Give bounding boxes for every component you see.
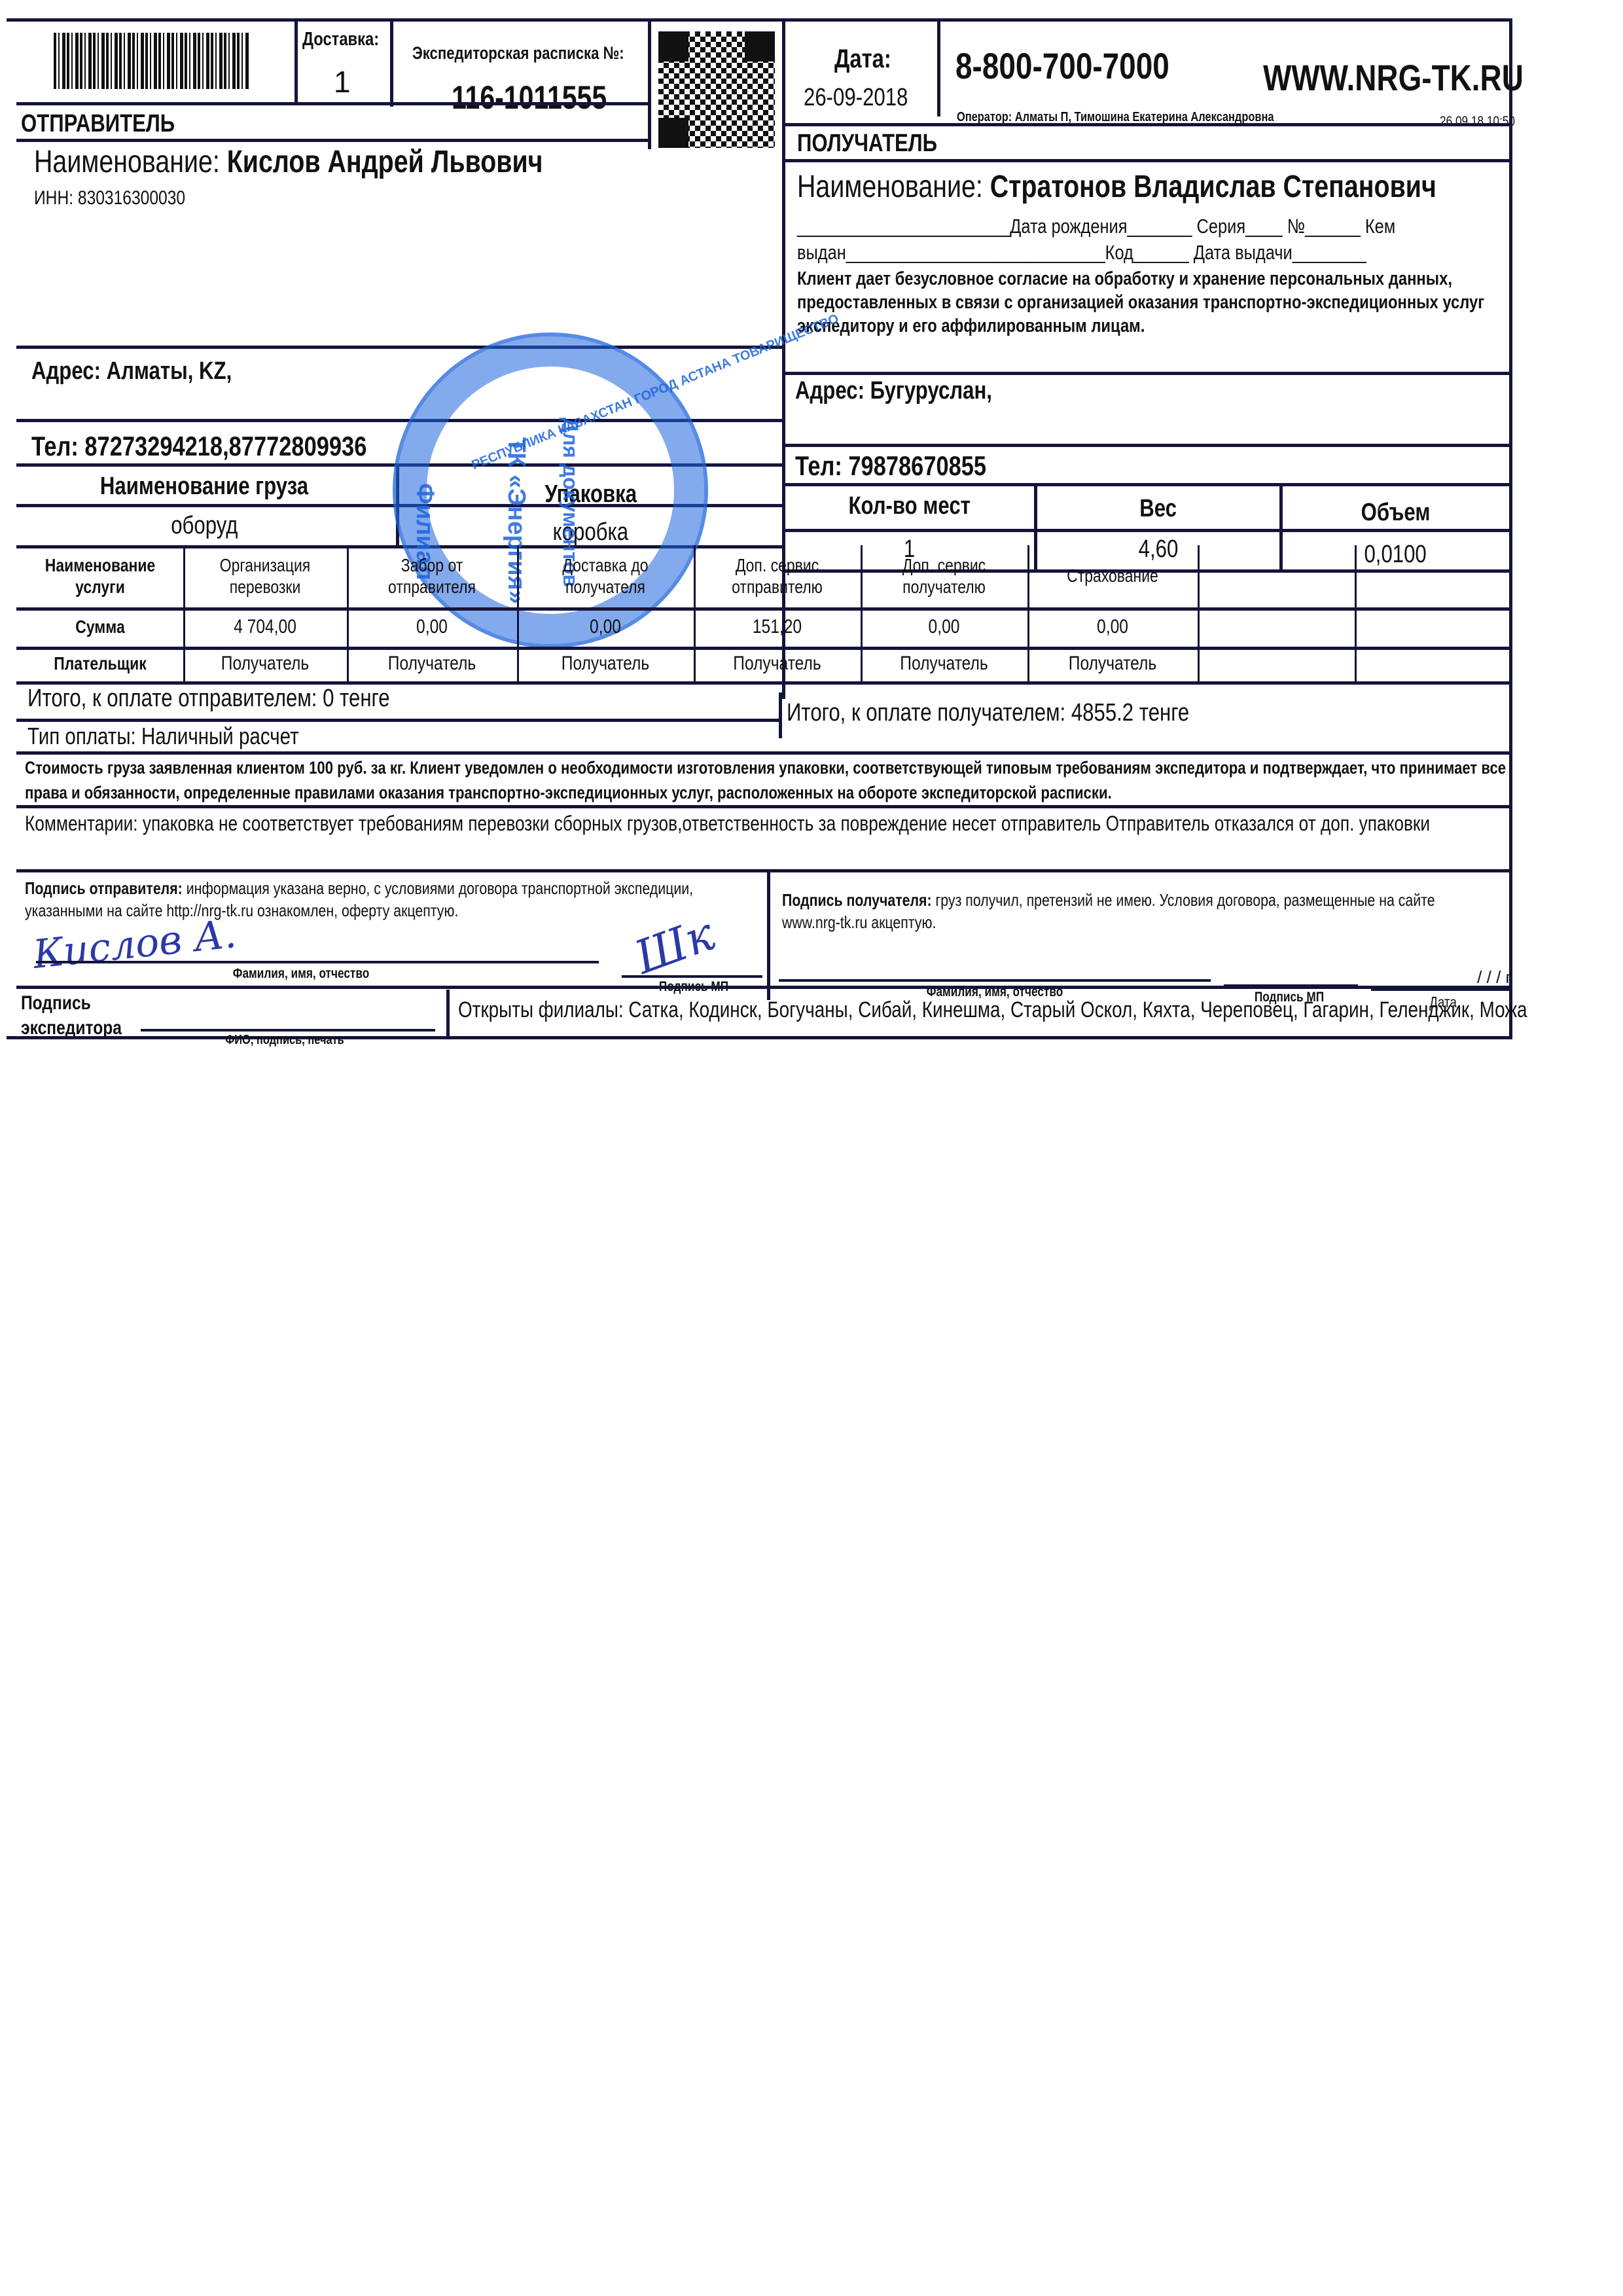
qr-code xyxy=(658,31,775,148)
sender-inn: ИНН: 830316300030 xyxy=(34,187,185,209)
service-amount-cell: 151,20 xyxy=(694,607,861,647)
service-payer-cell: Получатель xyxy=(517,647,694,681)
service-amount-cell: 0,00 xyxy=(517,607,694,647)
receiver-name-row: Наименование: Стратонов Владислав Степан… xyxy=(797,169,1436,205)
receiver-name-label: Наименование: xyxy=(797,170,983,204)
service-row-label: Плательщик xyxy=(16,647,183,681)
places-header: Кол-во мест xyxy=(785,487,1034,526)
branches-list: Открыты филиалы: Сатка, Кодинск, Богучан… xyxy=(458,997,1527,1023)
service-amount-cell: 0,00 xyxy=(861,607,1027,647)
cargo-name-header: Наименование груза xyxy=(16,469,393,505)
service-row-label: Сумма xyxy=(16,607,183,647)
service-row-label: Наименование услуги xyxy=(16,545,183,607)
service-amount-cell xyxy=(1198,607,1355,647)
receiver-phone: Тел: 79878670855 xyxy=(795,450,986,482)
service-name-cell: Организация перевозки xyxy=(183,545,347,607)
delivery-value: 1 xyxy=(334,64,351,99)
forwarder-caption: ФИО, подпись, печать xyxy=(218,1033,352,1048)
receiver-name-value: Стратонов Владислав Степанович xyxy=(990,170,1436,204)
service-name-cell xyxy=(1198,545,1355,607)
service-amount-cell xyxy=(1355,607,1512,647)
service-payer-cell: Получатель xyxy=(1027,647,1198,681)
service-payer-cell xyxy=(1355,647,1512,681)
receiver-id-line-2: выдан____________________________Код____… xyxy=(797,241,1366,264)
service-name-cell: Доп. сервис получателю xyxy=(861,545,1027,607)
company-website[interactable]: WWW.NRG-TK.RU xyxy=(1263,56,1524,99)
receipt-number: 116-1011555 xyxy=(452,79,607,117)
forwarder-label-2: экспедитора xyxy=(21,1017,122,1039)
service-payer-cell: Получатель xyxy=(347,647,517,681)
weight-header: Вес xyxy=(1037,490,1279,529)
receiver-address: Адрес: Бугуруслан, xyxy=(795,377,992,405)
receiver-section-title: ПОЛУЧАТЕЛЬ xyxy=(797,130,937,158)
cargo-name-value: оборуд xyxy=(16,508,393,544)
sender-section-title: ОТПРАВИТЕЛЬ xyxy=(21,110,175,138)
sender-address: Адрес: Алматы, KZ, xyxy=(31,357,232,386)
receipt-label: Экспедиторская расписка №: xyxy=(412,43,624,63)
receiver-signature-text: Подпись получателя: груз получил, претен… xyxy=(782,889,1496,933)
receiver-total: Итого, к оплате получателем: 4855.2 тенг… xyxy=(787,699,1189,727)
company-phone: 8-800-700-7000 xyxy=(955,45,1169,87)
sender-phone: Тел: 87273294218,87772809936 xyxy=(31,431,366,462)
service-amount-cell: 0,00 xyxy=(347,607,517,647)
barcode xyxy=(54,33,250,89)
service-payer-cell: Получатель xyxy=(694,647,861,681)
expedition-receipt: Доставка: 1 Экспедиторская расписка №: 1… xyxy=(7,18,1512,1052)
service-payer-cell xyxy=(1198,647,1355,681)
service-name-cell: Забор от отправителя xyxy=(347,545,517,607)
sender-total: Итого, к оплате отправителем: 0 тенге xyxy=(27,685,390,713)
receiver-id-line-1: _______________________Дата рождения____… xyxy=(797,215,1395,238)
date-value: 26-09-2018 xyxy=(804,84,908,112)
print-timestamp: 26.09.18 10:50 xyxy=(1440,114,1515,130)
service-payer-cell: Получатель xyxy=(861,647,1027,681)
date-label: Дата: xyxy=(834,45,891,74)
service-name-cell: Доп. сервис отправителю xyxy=(694,545,861,607)
service-name-cell xyxy=(1355,545,1512,607)
service-amount-cell: 4 704,00 xyxy=(183,607,347,647)
payment-type: Тип оплаты: Наличный расчет xyxy=(27,723,299,750)
packaging-header: Упаковка xyxy=(399,476,782,512)
service-name-cell: Страхование xyxy=(1027,545,1198,607)
delivery-label: Доставка: xyxy=(302,29,379,50)
service-payer-cell: Получатель xyxy=(183,647,347,681)
sender-name-label: Наименование: xyxy=(34,145,220,179)
forwarder-label-1: Подпись xyxy=(21,992,91,1014)
declared-value-notice: Стоимость груза заявленная клиентом 100 … xyxy=(25,755,1511,805)
volume-header: Объем xyxy=(1283,493,1508,533)
comments: Комментарии: упаковка не соответствует т… xyxy=(25,812,1430,836)
sender-fio-caption: Фамилия, имя, отчество xyxy=(188,966,414,982)
service-amount-cell: 0,00 xyxy=(1027,607,1198,647)
service-name-cell: Доставка до получателя xyxy=(517,545,694,607)
sender-name-row: Наименование: Кислов Андрей Львович xyxy=(34,144,543,180)
receiver-consent: Клиент дает безусловное согласие на обра… xyxy=(797,267,1505,338)
sender-name-value: Кислов Андрей Львович xyxy=(227,145,543,179)
sender-signature-text: Подпись отправителя: информация указана … xyxy=(25,877,766,922)
receiver-date-field[interactable]: / / / г xyxy=(1364,967,1512,988)
